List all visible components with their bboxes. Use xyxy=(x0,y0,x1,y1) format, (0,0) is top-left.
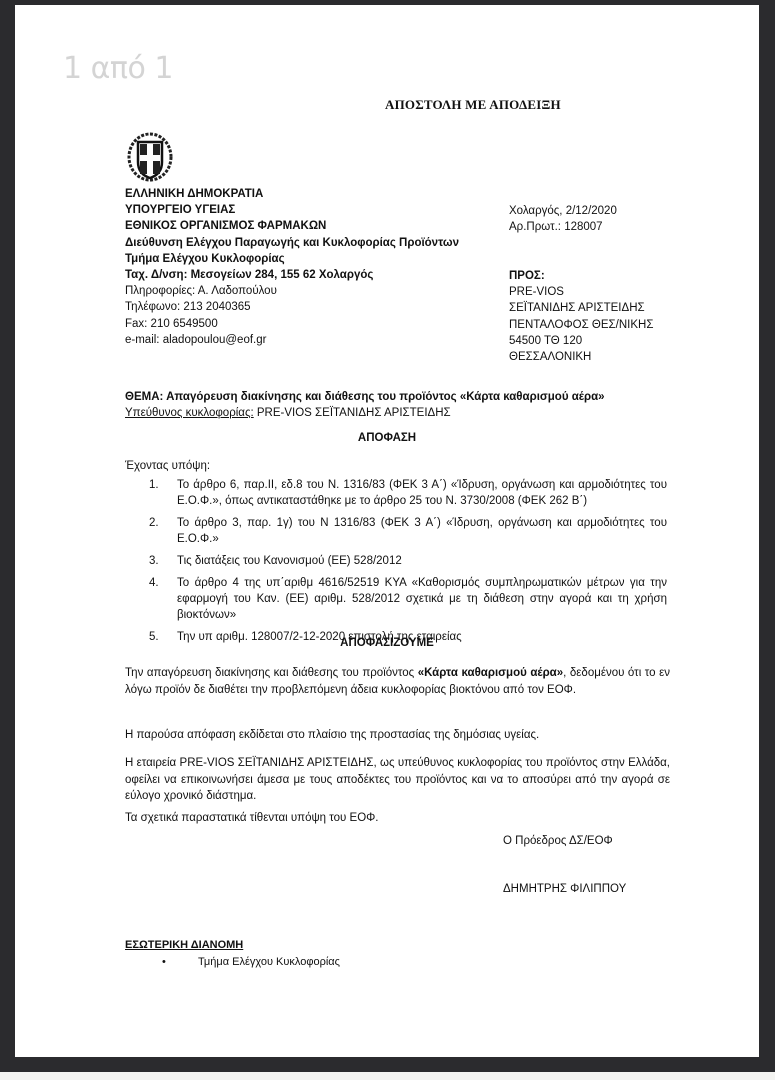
consideration-item: 2.Το άρθρο 3, παρ. 1γ) του Ν 1316/83 (ΦΕ… xyxy=(149,515,667,547)
considering-label: Έχοντας υπόψη: xyxy=(125,460,210,472)
distribution-heading: ΕΣΩΤΕΡΙΚΗ ΔΙΑΝΟΜΗ xyxy=(125,939,243,951)
viewer-bottom-strip xyxy=(0,1072,775,1080)
greek-coat-of-arms-icon xyxy=(126,132,174,184)
place-date: Χολαργός, 2/12/2020 xyxy=(509,203,617,219)
sender-block: ΕΛΛΗΝΙΚΗ ΔΗΜΟΚΡΑΤΙΑ ΥΠΟΥΡΓΕΙΟ ΥΓΕΙΑΣ ΕΘΝ… xyxy=(125,186,459,348)
document-meta: Χολαργός, 2/12/2020 Αρ.Πρωτ.: 128007 xyxy=(509,203,617,235)
signatory-name: ΔΗΜΗΤΡΗΣ ΦΙΛΙΠΠΟΥ xyxy=(503,883,626,895)
responsible-value: PRE-VIOS ΣΕΪΤΑΝΙΔΗΣ ΑΡΙΣΤΕΙΔΗΣ xyxy=(254,407,451,419)
sender-ministry: ΥΠΟΥΡΓΕΙΟ ΥΓΕΙΑΣ xyxy=(125,202,459,218)
responsible-line: Υπεύθυνος κυκλοφορίας: PRE-VIOS ΣΕΪΤΑΝΙΔ… xyxy=(125,405,605,421)
recipient-label: ΠΡΟΣ: xyxy=(509,268,653,284)
consideration-item: 1.Το άρθρο 6, παρ.ΙΙ, εδ.8 του Ν. 1316/8… xyxy=(149,477,667,509)
recipient-area: ΠΕΝΤΑΛΟΦΟΣ ΘΕΣ/ΝΙΚΗΣ xyxy=(509,317,653,333)
recipient-company: PRE-VIOS xyxy=(509,284,653,300)
document-page: 1 από 1 ΑΠΟΣΤΟΛΗ ΜΕ ΑΠΟΔΕΙΞΗ ΕΛΛΗΝΙΚΗ ΔΗ… xyxy=(15,5,759,1057)
recipient-postal: 54500 ΤΘ 120 xyxy=(509,333,653,349)
bullet-icon: • xyxy=(162,956,198,968)
sender-country: ΕΛΛΗΝΙΚΗ ΔΗΜΟΚΡΑΤΙΑ xyxy=(125,186,459,202)
sender-phone: Τηλέφωνο: 213 2040365 xyxy=(125,299,459,315)
sender-fax: Fax: 210 6549500 xyxy=(125,316,459,332)
signatory-title: Ο Πρόεδρος ΔΣ/ΕΟΦ xyxy=(503,835,613,847)
documents-paragraph: Τα σχετικά παραστατικά τίθενται υπόψη το… xyxy=(125,810,670,827)
company-obligation-paragraph: Η εταιρεία PRE-VIOS ΣΕΪΤΑΝΙΔΗΣ ΑΡΙΣΤΕΙΔΗ… xyxy=(125,755,670,805)
protocol-number: Αρ.Πρωτ.: 128007 xyxy=(509,219,617,235)
resolve-heading: ΑΠΟΦΑΣΙΖΟΥΜΕ xyxy=(15,637,759,649)
consideration-item: 4.Το άρθρο 4 της υπ΄αριθμ 4616/52519 ΚΥΑ… xyxy=(149,575,667,623)
product-name: «Κάρτα καθαρισμού αέρα» xyxy=(418,667,563,679)
subject-block: ΘΕΜΑ: Απαγόρευση διακίνησης και διάθεσης… xyxy=(125,389,605,421)
decision-paragraph: Την απαγόρευση διακίνησης και διάθεσης τ… xyxy=(125,665,670,698)
sender-organization: ΕΘΝΙΚΟΣ ΟΡΓΑΝΙΣΜΟΣ ΦΑΡΜΑΚΩΝ xyxy=(125,218,459,234)
document-type-heading: ΑΠΟΣΤΟΛΗ ΜΕ ΑΠΟΔΕΙΞΗ xyxy=(385,97,561,113)
consideration-item: 3.Τις διατάξεις του Κανονισμού (ΕΕ) 528/… xyxy=(149,553,667,569)
sender-directorate: Διεύθυνση Ελέγχου Παραγωγής και Κυκλοφορ… xyxy=(125,235,459,251)
sender-department: Τμήμα Ελέγχου Κυκλοφορίας xyxy=(125,251,459,267)
subject-line: ΘΕΜΑ: Απαγόρευση διακίνησης και διάθεσης… xyxy=(125,389,605,405)
sender-info-contact: Πληροφορίες: Α. Λαδοπούλου xyxy=(125,283,459,299)
recipient-name: ΣΕΪΤΑΝΙΔΗΣ ΑΡΙΣΤΕΙΔΗΣ xyxy=(509,300,653,316)
page-indicator: 1 από 1 xyxy=(63,51,173,86)
public-health-paragraph: Η παρούσα απόφαση εκδίδεται στο πλαίσιο … xyxy=(125,727,670,744)
responsible-label: Υπεύθυνος κυκλοφορίας: xyxy=(125,407,254,419)
sender-address: Ταχ. Δ/νση: Μεσογείων 284, 155 62 Χολαργ… xyxy=(125,267,459,283)
recipient-city: ΘΕΣΣΑΛΟΝΙΚΗ xyxy=(509,349,653,365)
recipient-block: ΠΡΟΣ: PRE-VIOS ΣΕΪΤΑΝΙΔΗΣ ΑΡΙΣΤΕΙΔΗΣ ΠΕΝ… xyxy=(509,268,653,365)
sender-email: e-mail: aladopoulou@eof.gr xyxy=(125,332,459,348)
decision-heading: ΑΠΟΦΑΣΗ xyxy=(15,432,759,444)
distribution-item: •Τμήμα Ελέγχου Κυκλοφορίας xyxy=(162,956,340,968)
considerations-list: 1.Το άρθρο 6, παρ.ΙΙ, εδ.8 του Ν. 1316/8… xyxy=(149,477,667,651)
